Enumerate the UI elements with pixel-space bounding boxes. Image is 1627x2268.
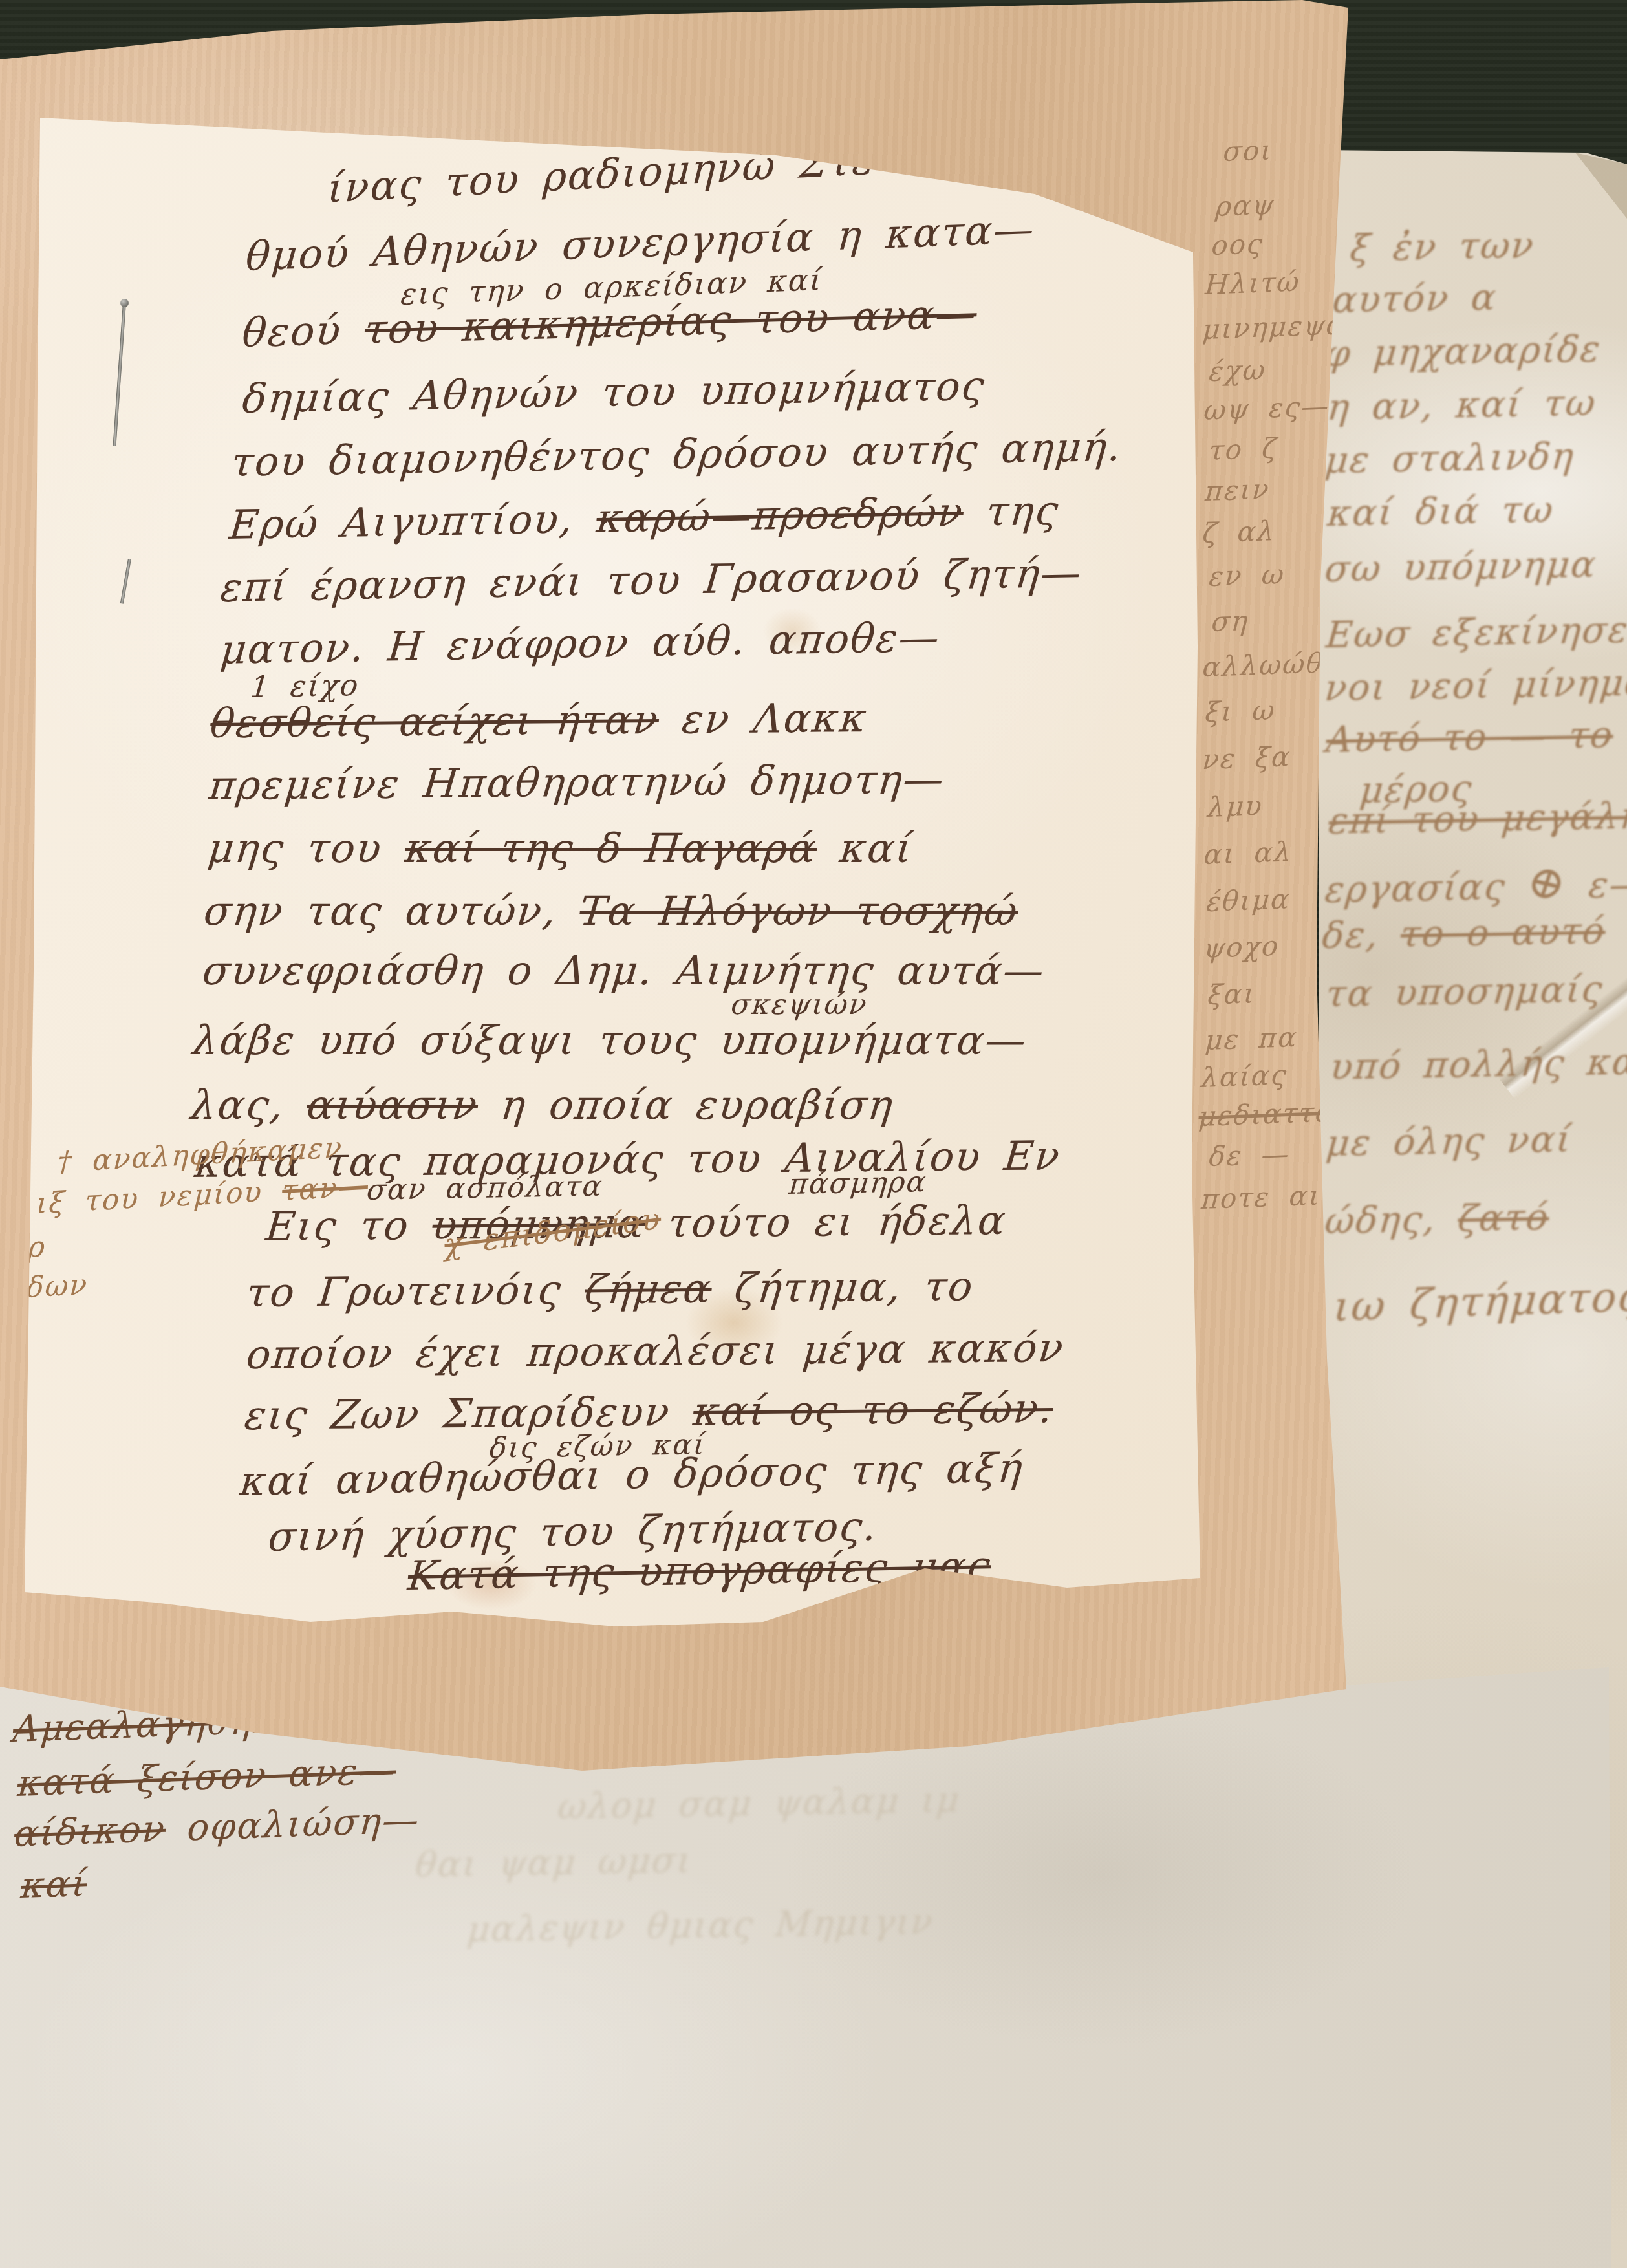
handwriting-line: ιω ζητήματος	[1332, 1273, 1627, 1332]
strip-fragment-line: ζ αλ	[1201, 515, 1277, 549]
strip-fragment-line: με πα	[1204, 1021, 1299, 1056]
handwriting-line: εργασίας ⊕ ε—	[1323, 854, 1627, 913]
handwriting-line: αυτόν α	[1331, 276, 1499, 321]
handwriting-line: ξ ἐν των	[1348, 224, 1536, 270]
strip-fragment-line: λμυ	[1207, 790, 1264, 823]
strip-fragment-line: ξαι	[1207, 977, 1256, 1011]
strip-fragment-line: έχω	[1208, 354, 1267, 387]
strip-fragment-line: το ζ	[1208, 432, 1279, 466]
strip-fragment-line: έθιμα	[1205, 883, 1291, 918]
handwriting-line: τα υποσημαίς	[1324, 968, 1605, 1015]
strip-fragment-line: ποτε αι	[1200, 1179, 1322, 1215]
strip-fragment-line: λαίας	[1200, 1059, 1289, 1094]
handwriting-line: ώδης, ζατό	[1323, 1196, 1551, 1242]
handwriting-line: νοι νεοί μίνημα	[1323, 662, 1627, 709]
strip-fragment-line: Ηλιτώ	[1204, 266, 1302, 301]
annotation-line: καί	[19, 1863, 89, 1907]
strip-fragment-line: αλλωώθ	[1201, 647, 1325, 683]
strip-fragment-line: σοι	[1222, 134, 1274, 167]
strip-fragment-line: αι αλ	[1203, 836, 1294, 870]
strip-fragment-line: ση	[1211, 605, 1250, 638]
handwriting-line: η αν, καί τω	[1326, 382, 1598, 429]
scanned-manuscript-scene: ξ ἐν τωναυτόν αφ μηχαναρίδεη αν, καί τωμ…	[0, 0, 1627, 2268]
handwriting-line: Αυτό το — το	[1324, 714, 1615, 761]
handwriting-line: Εωσ εξεκίνησε	[1324, 609, 1627, 656]
margin-note-line: δων	[26, 1268, 89, 1304]
margin-note-line: χ επιδομείου	[444, 1201, 662, 1262]
strip-fragment-line: εν ω	[1208, 558, 1286, 592]
strip-fragment-line: πειν	[1204, 473, 1271, 507]
handwriting-line: με σταλινδη	[1323, 435, 1577, 482]
margin-note-line: ρ	[27, 1230, 47, 1264]
handwriting-line: σω υπόμνημα	[1323, 544, 1599, 590]
strip-fragment-line: ωψ ες—	[1203, 390, 1331, 426]
pin-head	[120, 299, 129, 307]
handwriting-line: φ μηχαναρίδε	[1323, 328, 1603, 375]
handwriting-line: με όλης ναί	[1324, 1118, 1574, 1165]
handwriting-line: επί του μεγάλη	[1327, 795, 1627, 843]
strip-fragment-line: ψοχο	[1203, 930, 1280, 964]
strip-fragment-line: ξι ω	[1204, 694, 1277, 728]
handwriting-line: καί διά τω	[1326, 489, 1556, 535]
handwriting-line: δε, το ο αυτό	[1320, 910, 1608, 957]
strip-fragment-line: ραψ	[1214, 189, 1276, 222]
annotation-line: αίδικον οφαλιώση—	[13, 1799, 422, 1855]
strip-fragment-line: νε ξα	[1201, 740, 1292, 775]
strip-fragment-line: μεδιαττα	[1198, 1096, 1336, 1132]
strip-fragment-line: οος	[1211, 228, 1264, 261]
strip-fragment-line: δε —	[1208, 1138, 1291, 1172]
strip-fragment-line: μινημεψα	[1201, 308, 1347, 345]
handwriting-line: υπό πολλής καί	[1329, 1041, 1627, 1088]
margin-note-line: † αναληφθήκαμεν	[57, 1131, 344, 1179]
annotation-line: κατά ξείσον ανε—	[16, 1749, 398, 1805]
